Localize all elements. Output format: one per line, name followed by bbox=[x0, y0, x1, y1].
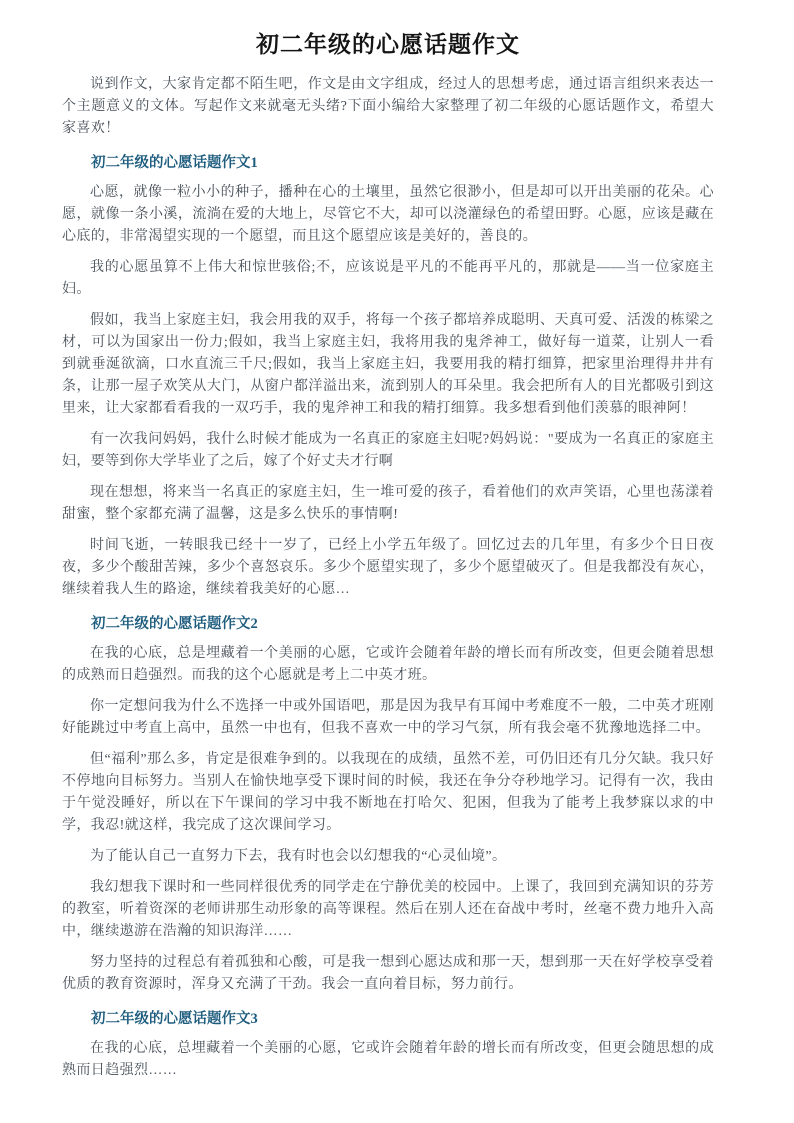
section-heading-2: 初二年级的心愿话题作文2 bbox=[62, 613, 714, 635]
paragraph: 在我的心底，总埋藏着一个美丽的心愿，它或许会随着年龄的增长而有所改变，但更会随思… bbox=[62, 1038, 714, 1082]
section-heading-1: 初二年级的心愿话题作文1 bbox=[62, 152, 714, 174]
paragraph: 有一次我问妈妈，我什么时候才能成为一名真正的家庭主妇呢?妈妈说："要成为一名真正… bbox=[62, 429, 714, 473]
paragraph: 努力坚持的过程总有着孤独和心酸，可是我一想到心愿达成和那一天，想到那一天在好学校… bbox=[62, 952, 714, 996]
paragraph: 你一定想问我为什么不选择一中或外国语吧，那是因为我早有耳闻中考难度不一般，二中英… bbox=[62, 696, 714, 740]
document-page: 初二年级的心愿话题作文 说到作文，大家肯定都不陌生吧，作文是由文字组成，经过人的… bbox=[0, 0, 794, 1123]
paragraph: 时间飞逝，一转眼我已经十一岁了，已经上小学五年级了。回忆过去的几年里，有多少个日… bbox=[62, 535, 714, 601]
paragraph: 假如，我当上家庭主妇，我会用我的双手，将每一个孩子都培养成聪明、天真可爱、活泼的… bbox=[62, 310, 714, 420]
paragraph: 为了能认自己一直努力下去，我有时也会以幻想我的“心灵仙境”。 bbox=[62, 846, 714, 868]
paragraph: 在我的心底，总是埋藏着一个美丽的心愿，它或许会随着年龄的增长而有所改变，但更会随… bbox=[62, 643, 714, 687]
paragraph: 但“福利”那么多，肯定是很难争到的。以我现在的成绩，虽然不差，可仍旧还有几分欠缺… bbox=[62, 749, 714, 837]
paragraph: 心愿，就像一粒小小的种子，播种在心的土壤里，虽然它很渺小，但是却可以开出美丽的花… bbox=[62, 182, 714, 248]
paragraph: 我幻想我下课时和一些同样很优秀的同学走在宁静优美的校园中。上课了，我回到充满知识… bbox=[62, 877, 714, 943]
paragraph: 现在想想，将来当一名真正的家庭主妇，生一堆可爱的孩子，看着他们的欢声笑语，心里也… bbox=[62, 482, 714, 526]
section-heading-3: 初二年级的心愿话题作文3 bbox=[62, 1008, 714, 1030]
intro-paragraph: 说到作文，大家肯定都不陌生吧，作文是由文字组成，经过人的思想考虑，通过语言组织来… bbox=[62, 74, 714, 140]
document-title: 初二年级的心愿话题作文 bbox=[62, 28, 714, 60]
paragraph: 我的心愿虽算不上伟大和惊世骇俗;不，应该说是平凡的不能再平凡的，那就是——当一位… bbox=[62, 257, 714, 301]
